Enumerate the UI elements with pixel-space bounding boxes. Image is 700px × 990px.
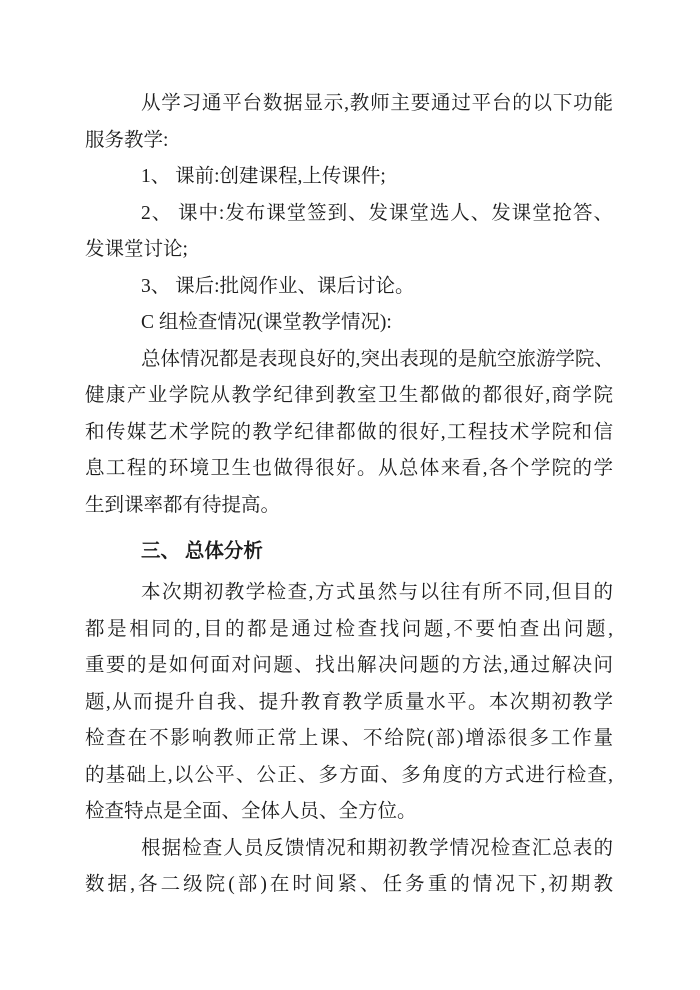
paragraph-line: 本次期初教学检查,方式虽然与以往有所不同,但目的 [85,575,613,612]
paragraph-line: 和传媒艺术学院的教学纪律都做的很好,工程技术学院和信 [85,415,613,452]
paragraph-line: 健康产业学院从教学纪律到教室卫生都做的都很好,商学院 [85,378,613,415]
paragraph-line: 检查特点是全面、全体人员、全方位。 [85,794,613,831]
list-item-line: 2、 课中:发布课堂签到、发课堂选人、发课堂抢答、 [85,196,613,233]
paragraph-line: 检查在不影响教师正常上课、不给院(部)增添很多工作量 [85,721,613,758]
paragraph-line: 重要的是如何面对问题、找出解决问题的方法,通过解决问 [85,648,613,685]
paragraph-line: 服务教学: [85,123,613,160]
paragraph-platform-intro: 从学习通平台数据显示,教师主要通过平台的以下功能 服务教学: [85,86,613,159]
paragraph-line: 题,从而提升自我、提升教育教学质量水平。本次期初教学 [85,685,613,722]
paragraph-line: 总体情况都是表现良好的,突出表现的是航空旅游学院、 [85,342,613,379]
paragraph-analysis: 本次期初教学检查,方式虽然与以往有所不同,但目的 都是相同的,目的都是通过检查找… [85,575,613,831]
list-item-line: 3、 课后:批阅作业、课后讨论。 [85,269,613,306]
paragraph-line: 从学习通平台数据显示,教师主要通过平台的以下功能 [85,86,613,123]
list-item-1: 1、 课前:创建课程,上传课件; [85,159,613,196]
paragraph-group-c-detail: 总体情况都是表现良好的,突出表现的是航空旅游学院、 健康产业学院从教学纪律到教室… [85,342,613,525]
section-heading-text: 三、 总体分析 [85,534,613,571]
document-page: 从学习通平台数据显示,教师主要通过平台的以下功能 服务教学: 1、 课前:创建课… [0,0,700,990]
paragraph-group-c-label: C 组检查情况(课堂教学情况): [85,305,613,342]
paragraph-summary: 根据检查人员反馈情况和期初教学情况检查汇总表的 数据,各二级院(部)在时间紧、任… [85,831,613,904]
paragraph-line: 的基础上,以公平、公正、多方面、多角度的方式进行检查, [85,758,613,795]
list-item-2: 2、 课中:发布课堂签到、发课堂选人、发课堂抢答、 发课堂讨论; [85,196,613,269]
paragraph-line: C 组检查情况(课堂教学情况): [85,305,613,342]
paragraph-line: 生到课率都有待提高。 [85,488,613,525]
list-item-line: 1、 课前:创建课程,上传课件; [85,159,613,196]
document-content: 从学习通平台数据显示,教师主要通过平台的以下功能 服务教学: 1、 课前:创建课… [85,86,613,904]
paragraph-line: 数据,各二级院(部)在时间紧、任务重的情况下,初期教 [85,867,613,904]
section-heading: 三、 总体分析 [85,534,613,571]
paragraph-line: 都是相同的,目的都是通过检查找问题,不要怕查出问题, [85,612,613,649]
paragraph-line: 根据检查人员反馈情况和期初教学情况检查汇总表的 [85,831,613,868]
paragraph-line: 息工程的环境卫生也做得很好。从总体来看,各个学院的学 [85,451,613,488]
list-item-3: 3、 课后:批阅作业、课后讨论。 [85,269,613,306]
list-item-line: 发课堂讨论; [85,232,613,269]
